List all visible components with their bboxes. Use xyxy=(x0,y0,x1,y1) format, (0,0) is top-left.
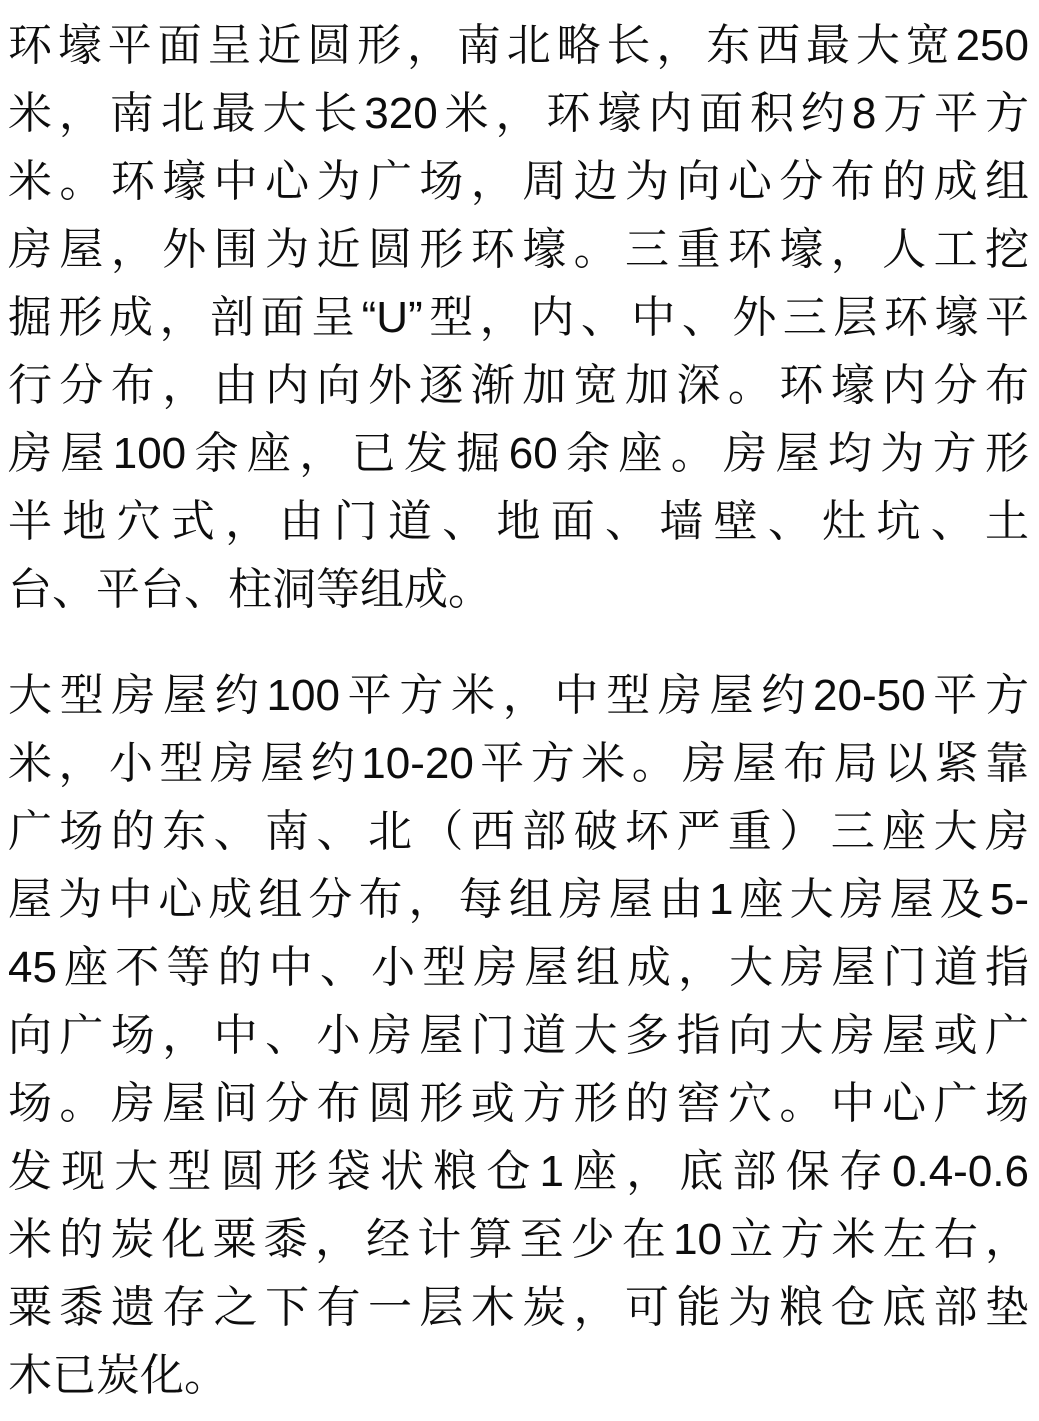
text-line: 发现大型圆形袋状粮仓1座，底部保存0.4-0.6 xyxy=(8,1138,1029,1206)
text-line: 广场的东、南、北（西部破坏严重）三座大房 xyxy=(8,798,1029,866)
text-line: 行分布，由内向外逐渐加宽加深。环壕内分布 xyxy=(8,352,1029,420)
text-line: 场。房屋间分布圆形或方形的窖穴。中心广场 xyxy=(8,1070,1029,1138)
text-line: 米，小型房屋约10-20平方米。房屋布局以紧靠 xyxy=(8,730,1029,798)
paragraph-1: 环壕平面呈近圆形，南北略长，东西最大宽250 米，南北最大长320米，环壕内面积… xyxy=(8,12,1029,624)
text-line: 米。环壕中心为广场，周边为向心分布的成组 xyxy=(8,148,1029,216)
text-line: 台、平台、柱洞等组成。 xyxy=(8,556,1029,624)
text-line: 向广场，中、小房屋门道大多指向大房屋或广 xyxy=(8,1002,1029,1070)
document-page: 环壕平面呈近圆形，南北略长，东西最大宽250 米，南北最大长320米，环壕内面积… xyxy=(0,0,1039,1421)
text-line: 屋为中心成组分布，每组房屋由1座大房屋及5- xyxy=(8,866,1029,934)
text-line: 米，南北最大长320米，环壕内面积约8万平方 xyxy=(8,80,1029,148)
text-line: 粟黍遗存之下有一层木炭，可能为粮仓底部垫 xyxy=(8,1274,1029,1342)
text-line: 掘形成，剖面呈“U”型，内、中、外三层环壕平 xyxy=(8,284,1029,352)
text-line: 房屋，外围为近圆形环壕。三重环壕，人工挖 xyxy=(8,216,1029,284)
text-line: 45座不等的中、小型房屋组成，大房屋门道指 xyxy=(8,934,1029,1002)
text-line: 半地穴式，由门道、地面、墙壁、灶坑、土 xyxy=(8,488,1029,556)
text-line: 木已炭化。 xyxy=(8,1342,1029,1410)
text-line: 米的炭化粟黍，经计算至少在10立方米左右， xyxy=(8,1206,1029,1274)
text-line: 环壕平面呈近圆形，南北略长，东西最大宽250 xyxy=(8,12,1029,80)
text-line: 大型房屋约100平方米，中型房屋约20-50平方 xyxy=(8,662,1029,730)
text-line: 房屋100余座，已发掘60余座。房屋均为方形 xyxy=(8,420,1029,488)
paragraph-2: 大型房屋约100平方米，中型房屋约20-50平方 米，小型房屋约10-20平方米… xyxy=(8,662,1029,1410)
article-text: 环壕平面呈近圆形，南北略长，东西最大宽250 米，南北最大长320米，环壕内面积… xyxy=(8,12,1029,1410)
